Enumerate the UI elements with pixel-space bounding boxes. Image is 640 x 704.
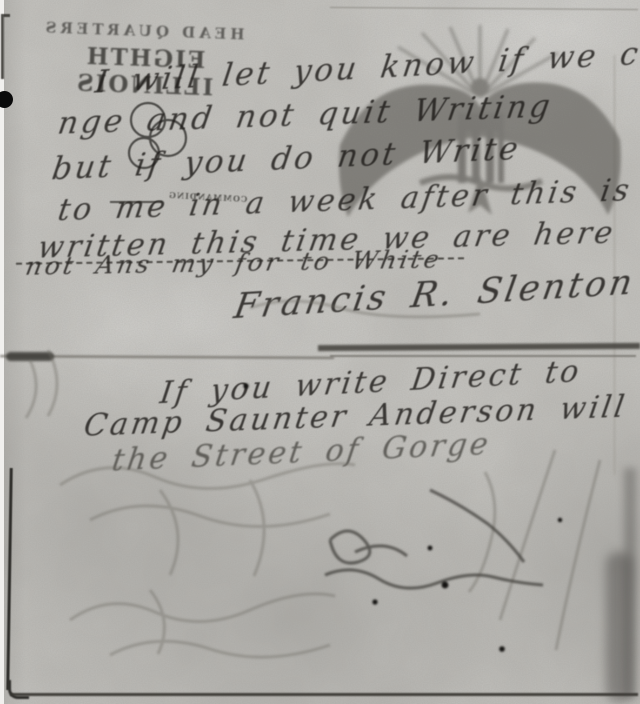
letterhead-line-1: HEAD QUARTERS <box>35 18 251 44</box>
bleedthrough-scribbles <box>0 290 640 704</box>
scanned-letter: HEAD QUARTERS EIGHTH ILLINOIS COMMANDING <box>0 0 640 704</box>
right-edge-streak-2 <box>624 468 636 698</box>
bottom-left-corner <box>8 680 29 699</box>
bottom-border-line <box>10 693 638 696</box>
top-edge-line <box>330 7 638 10</box>
short-underline <box>110 201 162 203</box>
punch-hole <box>0 91 13 108</box>
page-corner-mark <box>1 14 10 79</box>
